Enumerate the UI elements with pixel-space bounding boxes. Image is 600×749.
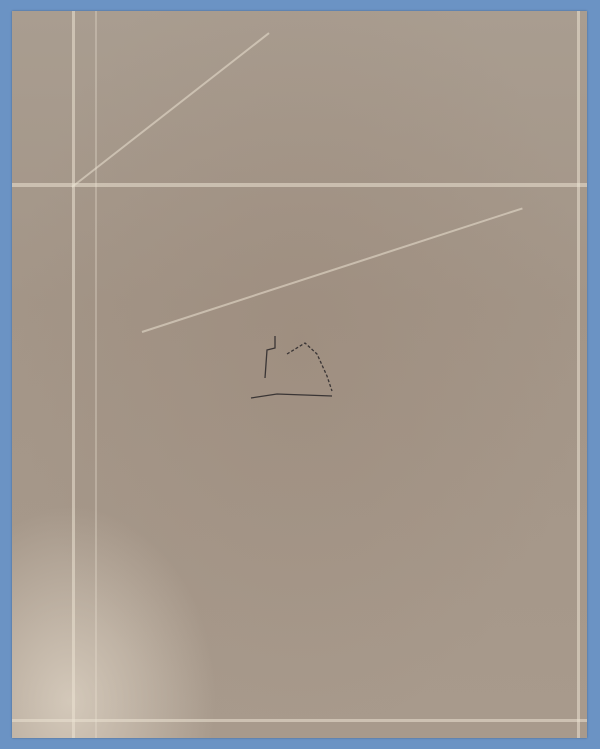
crease-line <box>71 32 269 187</box>
crease-line <box>12 719 587 722</box>
crease-line <box>577 11 580 738</box>
crease-line <box>72 11 75 738</box>
crease-line <box>95 11 97 738</box>
paperboard <box>12 11 587 738</box>
pencil-mark <box>237 326 347 406</box>
crease-line <box>142 207 523 333</box>
crease-line <box>12 183 587 187</box>
